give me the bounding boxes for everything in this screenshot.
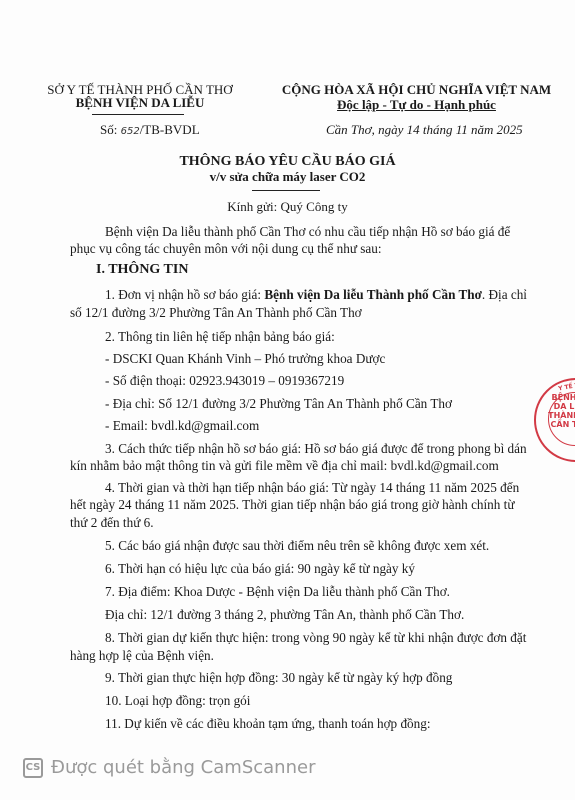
item-8-line-2: hàng hợp lệ của Bệnh viện. [70,648,214,664]
item-1-prefix: 1. Đơn vị nhận hồ sơ báo giá: [105,287,264,302]
item-2-address: - Địa chỉ: Số 12/1 đường 3/2 Phường Tân … [105,396,452,412]
item-8-line-1: 8. Thời gian dự kiến thực hiện: trong vò… [105,630,526,646]
item-10: 10. Loại hợp đồng: trọn gói [105,693,250,709]
stamp-line-3: THÀNH [544,411,575,420]
document-title: THÔNG BÁO YÊU CẦU BÁO GIÁ [0,154,575,170]
place-date: Cần Thơ, ngày 14 tháng 11 năm 2025 [326,122,523,138]
item-4-line-1: 4. Thời gian và thời hạn tiếp nhận báo g… [105,480,519,496]
item-4-line-2: hết ngày 24 tháng 11 năm 2025. Thời gian… [70,497,514,513]
stamp-line-4: CẦN T [544,420,575,429]
item-2-contact: - DSCKI Quan Khánh Vinh – Phó trưởng kho… [105,351,385,367]
stamp-center-text: BỆNH DA L THÀNH CẦN T [544,393,575,429]
item-4-line-3: thứ 2 đến thứ 6. [70,515,154,531]
stamp-line-2: DA L [544,402,575,411]
intro-line-2: phục vụ công tác chuyên môn với nội dung… [70,241,382,257]
watermark-text: Được quét bằng CamScanner [51,757,315,778]
stamp-arc-text: Y TẾ THÀNH [558,379,575,393]
national-motto: Độc lập - Tự do - Hạnh phúc [258,97,575,113]
greeting: Kính gửi: Quý Công ty [0,199,575,215]
stamp-line-1: BỆNH [544,393,575,402]
item-3-line-1: 3. Cách thức tiếp nhận hồ sơ báo giá: Hồ… [105,441,527,457]
scanned-document-page: SỞ Y TẾ THÀNH PHỐ CẦN THƠ BỆNH VIỆN DA L… [0,0,575,800]
item-2-phone: - Số điện thoại: 02923.943019 – 09193672… [105,373,344,389]
item-5: 5. Các báo giá nhận được sau thời điểm n… [105,538,489,554]
item-3-line-2: kín nhằm bảo mật thông tin và gửi file m… [70,458,499,474]
document-number-prefix: Số: [100,122,121,137]
item-6: 6. Thời hạn có hiệu lực của báo giá: 90 … [105,561,415,577]
item-1-line-1: 1. Đơn vị nhận hồ sơ báo giá: Bệnh viện … [105,287,527,303]
item-7: 7. Địa điểm: Khoa Dược - Bệnh viện Da li… [105,584,450,600]
title-divider [252,190,320,191]
item-1-suffix: . Địa chỉ [482,287,527,302]
document-subtitle: v/v sửa chữa máy laser CO2 [0,169,575,185]
item-2-email: - Email: bvdl.kd@gmail.com [105,418,259,434]
item-1-line-2: số 12/1 đường 3/2 Phường Tân An Thành ph… [70,305,362,321]
item-11: 11. Dự kiến về các điều khoản tạm ứng, t… [105,716,430,732]
document-number-suffix: /TB-BVDL [140,122,200,137]
header-left-divider [92,114,184,115]
hospital-name: BỆNH VIỆN DA LIỄU [0,95,280,111]
camscanner-watermark: CS Được quét bằng CamScanner [23,757,315,778]
section-heading: I. THÔNG TIN [96,262,188,278]
intro-line-1: Bệnh viện Da liễu thành phố Cần Thơ có n… [105,224,510,240]
document-number: Số: 652/TB-BVDL [100,122,200,138]
country-name: CỘNG HÒA XÃ HỘI CHỦ NGHĨA VIỆT NAM [258,82,575,98]
handwritten-number: 652 [121,126,140,137]
item-9: 9. Thời gian thực hiện hợp đồng: 30 ngày… [105,670,452,686]
item-1-bold: Bệnh viện Da liễu Thành phố Cần Thơ [264,287,482,302]
item-7-address: Địa chỉ: 12/1 đường 3 tháng 2, phường Tâ… [105,607,464,623]
camscanner-logo-icon: CS [23,758,43,778]
item-2: 2. Thông tin liên hệ tiếp nhận bảng báo … [105,329,335,345]
official-stamp: Y TẾ THÀNH BỆNH DA L THÀNH CẦN T [534,378,575,462]
